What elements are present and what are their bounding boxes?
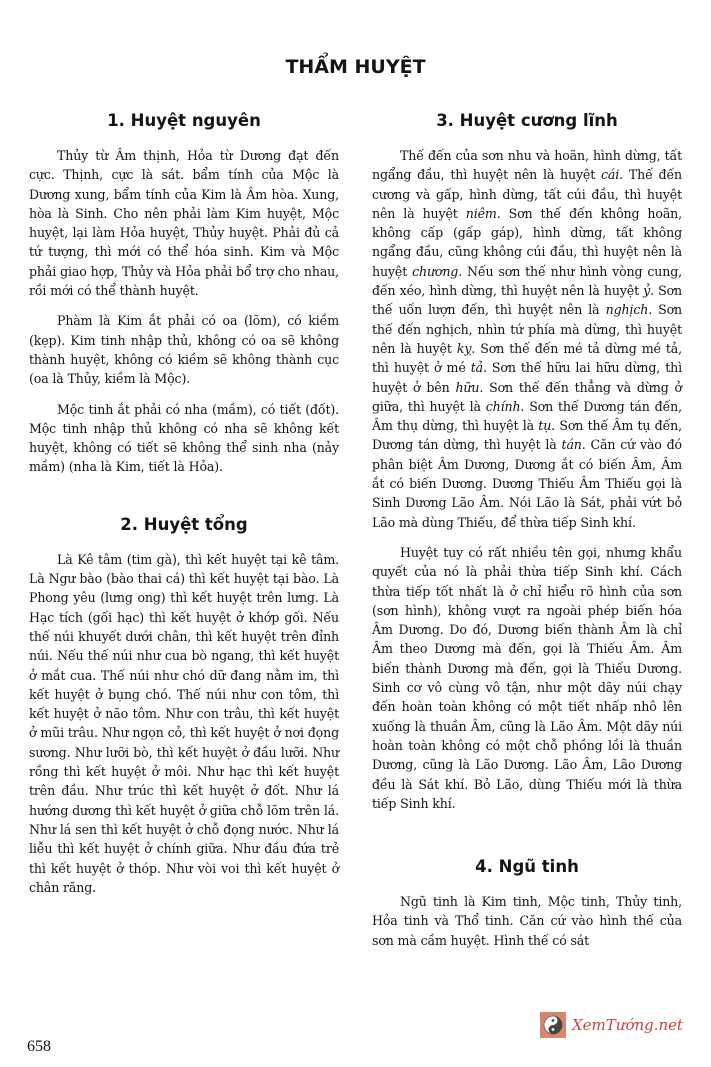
paragraph: Ngũ tinh là Kim tinh, Mộc tinh, Thủy tin… [372, 892, 682, 950]
paragraph: Là Kê tâm (tim gà), thì kết huyệt tại kê… [29, 550, 339, 897]
section-huyet-tong: 2. Huyệt tổng Là Kê tâm (tim gà), thì kế… [29, 512, 339, 897]
paragraph: Thủy từ Âm thịnh, Hỏa từ Dương đạt đến c… [29, 146, 339, 300]
paragraph: Phàm là Kim ắt phải có oa (lõm), có kiềm… [29, 311, 339, 388]
watermark: XemTướng.net [540, 1012, 683, 1038]
section-title: 4. Ngũ tinh [372, 854, 682, 880]
paragraph: Mộc tinh ắt phải có nha (mầm), có tiết (… [29, 400, 339, 477]
section-title: 3. Huyệt cương lĩnh [372, 108, 682, 134]
yin-yang-icon [540, 1012, 566, 1038]
section-ngu-tinh: 4. Ngũ tinh Ngũ tinh là Kim tinh, Mộc ti… [372, 854, 682, 950]
right-column: 3. Huyệt cương lĩnh Thế đến của sơn nhu … [372, 108, 682, 961]
left-column: 1. Huyệt nguyên Thủy từ Âm thịnh, Hỏa từ… [29, 108, 339, 908]
section-title: 1. Huyệt nguyên [29, 108, 339, 134]
section-huyet-cuong-linh: 3. Huyệt cương lĩnh Thế đến của sơn nhu … [372, 108, 682, 813]
page-number: 658 [27, 1038, 51, 1056]
page-title: THẨM HUYỆT [0, 56, 711, 78]
watermark-text: XemTướng.net [572, 1016, 683, 1034]
section-huyet-nguyen: 1. Huyệt nguyên Thủy từ Âm thịnh, Hỏa từ… [29, 108, 339, 477]
paragraph: Huyệt tuy có rất nhiều tên gọi, nhưng kh… [372, 543, 682, 813]
paragraph: Thế đến của sơn nhu và hoãn, hình dừng, … [372, 146, 682, 532]
section-title: 2. Huyệt tổng [29, 512, 339, 538]
